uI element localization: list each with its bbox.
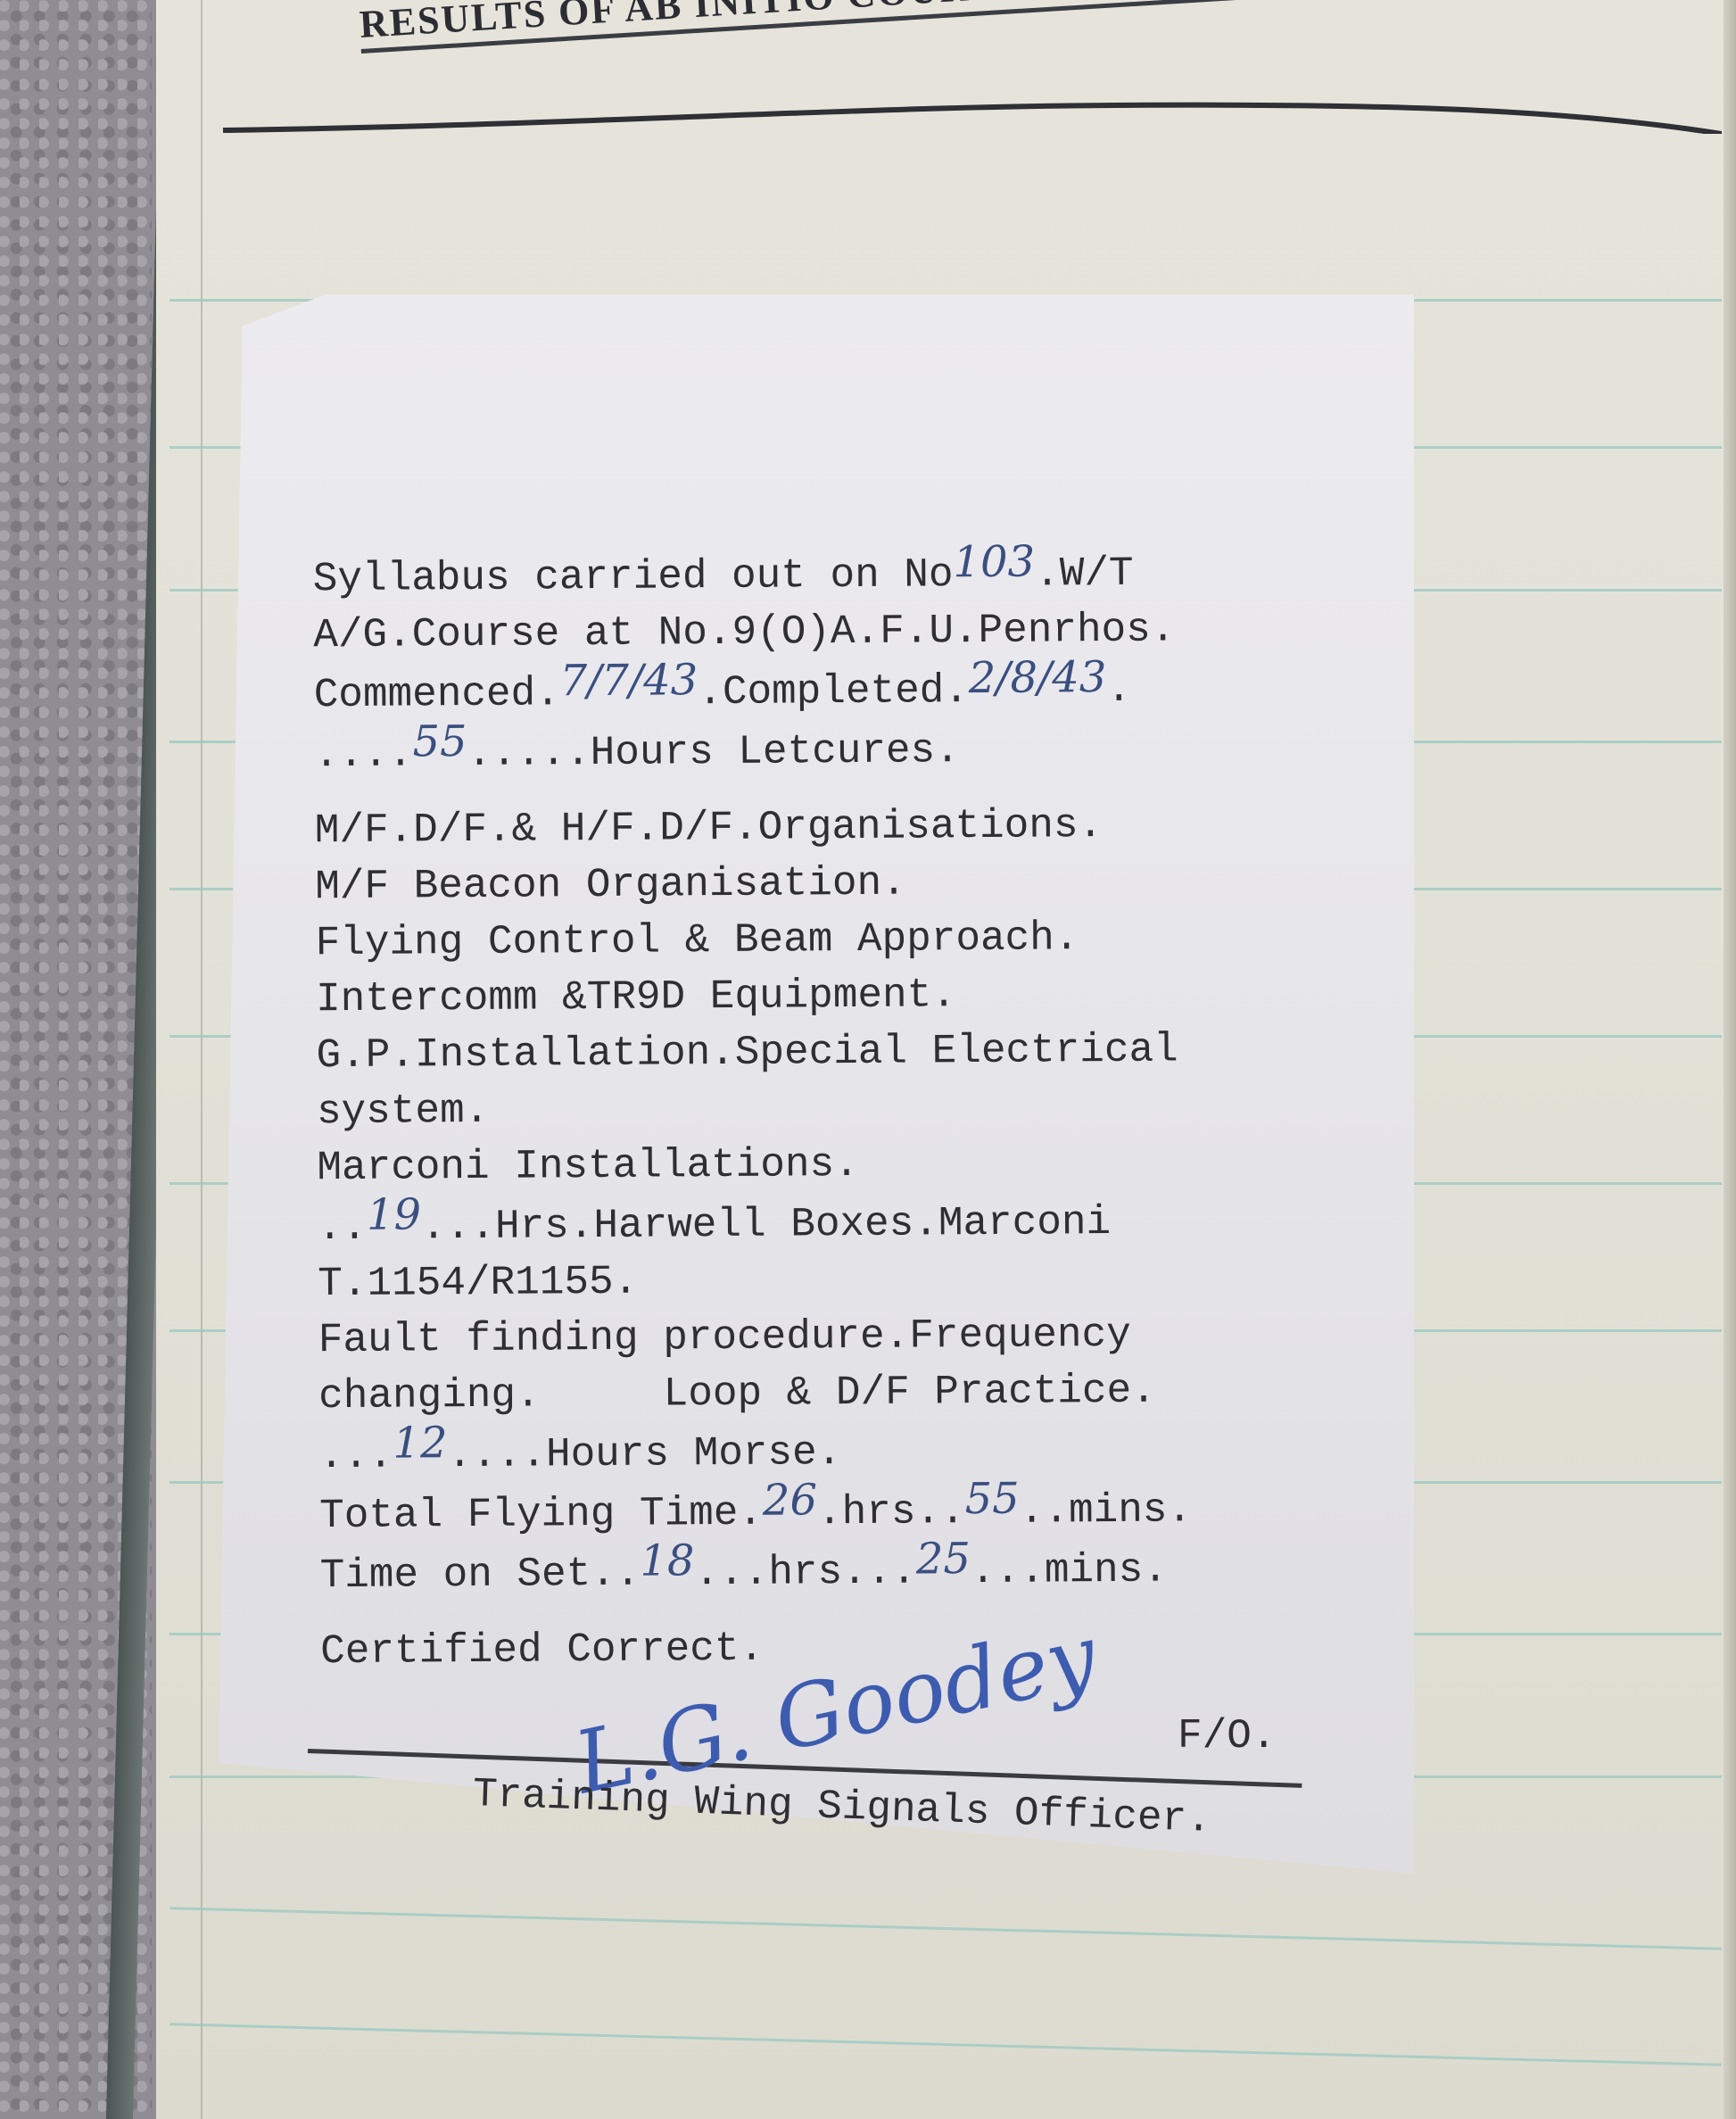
topic-line: Flying Control & Beam Approach. (315, 908, 1385, 972)
topic-line: Marconi Installations. (317, 1133, 1387, 1196)
set-mins: 25 (916, 1534, 971, 1584)
flying-hours: 26 (763, 1475, 817, 1525)
course-line: Syllabus carried out on No103.W/T (313, 541, 1384, 608)
lecture-hours-line: ....55.....Hours Letcures. (314, 716, 1385, 783)
marconi-sets-line: T.1154/R1155. (318, 1249, 1388, 1312)
commenced-date: 7/7/43 (559, 655, 698, 706)
page-right-edge (1724, 0, 1736, 2119)
completed-date: 2/8/43 (969, 652, 1107, 703)
morse-hours: 12 (393, 1418, 447, 1468)
topic-line: M/F.D/F.& H/F.D/F.Organisations. (315, 796, 1385, 859)
flying-time-line: Total Flying Time.26.hrs..55..mins. (319, 1478, 1390, 1544)
heavy-rule (223, 98, 1722, 134)
dates-line: Commenced.7/7/43.Completed.2/8/43. (313, 657, 1384, 724)
course-location-line: A/G.Course at No.9(O)A.F.U.Penrhos. (313, 600, 1384, 664)
lecture-hours: 55 (412, 716, 467, 766)
time-on-set-line: Time on Set..18...hrs...25...mins. (319, 1537, 1390, 1604)
course-number: 103 (953, 537, 1035, 588)
page-fold (201, 0, 203, 2119)
flying-mins: 55 (964, 1474, 1019, 1524)
changing-line: changing. Loop & D/F Practice. (318, 1362, 1389, 1425)
morse-hours-line: ...12....Hours Morse. (318, 1418, 1389, 1485)
certificate-text: Syllabus carried out on No103.W/T A/G.Co… (313, 541, 1392, 1680)
harwell-hours: 19 (367, 1189, 421, 1239)
fault-finding-line: Fault finding procedure.Frequency (318, 1305, 1389, 1369)
topic-line: system. (317, 1077, 1387, 1140)
set-hours: 18 (640, 1535, 694, 1585)
officer-rank: F/O. (1178, 1713, 1276, 1759)
topic-line: Intercomm &TR9D Equipment. (316, 964, 1386, 1028)
harwell-hours-line: ..19...Hrs.Harwell Boxes.Marconi (318, 1189, 1388, 1256)
topic-line: M/F Beacon Organisation. (315, 852, 1385, 915)
topic-line: G.P.Installation.Special Electrical (316, 1021, 1386, 1084)
